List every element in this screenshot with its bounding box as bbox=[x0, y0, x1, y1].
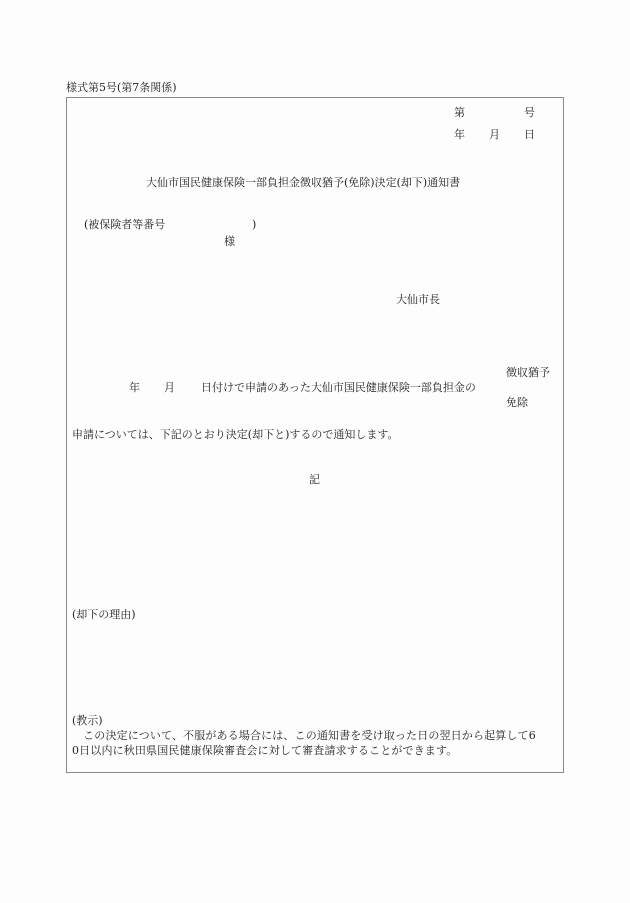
number-suffix: 号 bbox=[524, 107, 535, 118]
option-exemption: 免除 bbox=[506, 397, 528, 408]
document-title: 大仙市国民健康保険一部負担金徴収猶予(免除)決定(却下)通知書 bbox=[146, 177, 460, 188]
reason-label: (却下の理由) bbox=[72, 609, 136, 620]
sender-mayor: 大仙市長 bbox=[396, 294, 440, 305]
instruction-line1: この決定について、不服がある場合には、この通知書を受け取った日の翌日から起算して… bbox=[72, 730, 536, 741]
instruction-label: (教示) bbox=[72, 715, 103, 726]
body-line2: 申請については、下記のとおり決定(却下と)するので通知します。 bbox=[72, 429, 398, 440]
insured-number-label: (被保険者等番号 bbox=[84, 219, 165, 230]
date-day: 日 bbox=[524, 129, 535, 140]
instruction-line2: 0日以内に秋田県国民健康保険審査会に対して審査請求することができます。 bbox=[72, 745, 457, 756]
date-month: 月 bbox=[489, 129, 500, 140]
body-month: 月 bbox=[164, 382, 175, 393]
date-year: 年 bbox=[454, 129, 465, 140]
body-line1: 日付けで申請のあった大仙市国民健康保険一部負担金の bbox=[201, 382, 476, 393]
option-deferral: 徴収猶予 bbox=[506, 367, 550, 378]
insured-number-close: ) bbox=[252, 219, 256, 230]
body-year: 年 bbox=[129, 382, 140, 393]
form-label: 様式第5号(第7条関係) bbox=[66, 82, 177, 93]
honorific: 様 bbox=[224, 236, 235, 247]
ki-heading: 記 bbox=[309, 474, 320, 485]
number-prefix: 第 bbox=[454, 107, 465, 118]
